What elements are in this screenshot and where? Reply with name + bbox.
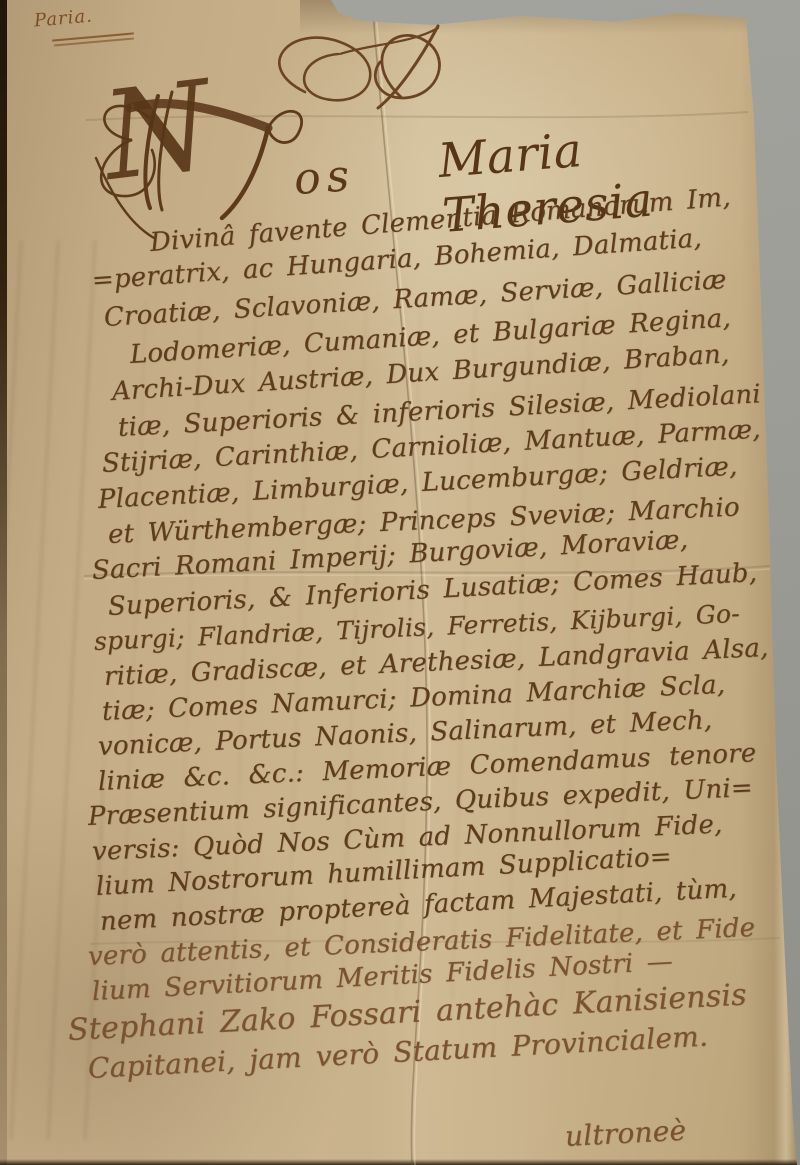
- archival-note: Paria.: [33, 5, 93, 31]
- photo-background: Paria. N os M: [0, 0, 800, 1165]
- closing-word: ultroneè: [564, 1114, 687, 1153]
- heading-word-os: os: [292, 150, 356, 205]
- heading-initial-letter: N: [96, 54, 219, 208]
- manuscript-ink-layer: Paria. N os M: [0, 0, 800, 1165]
